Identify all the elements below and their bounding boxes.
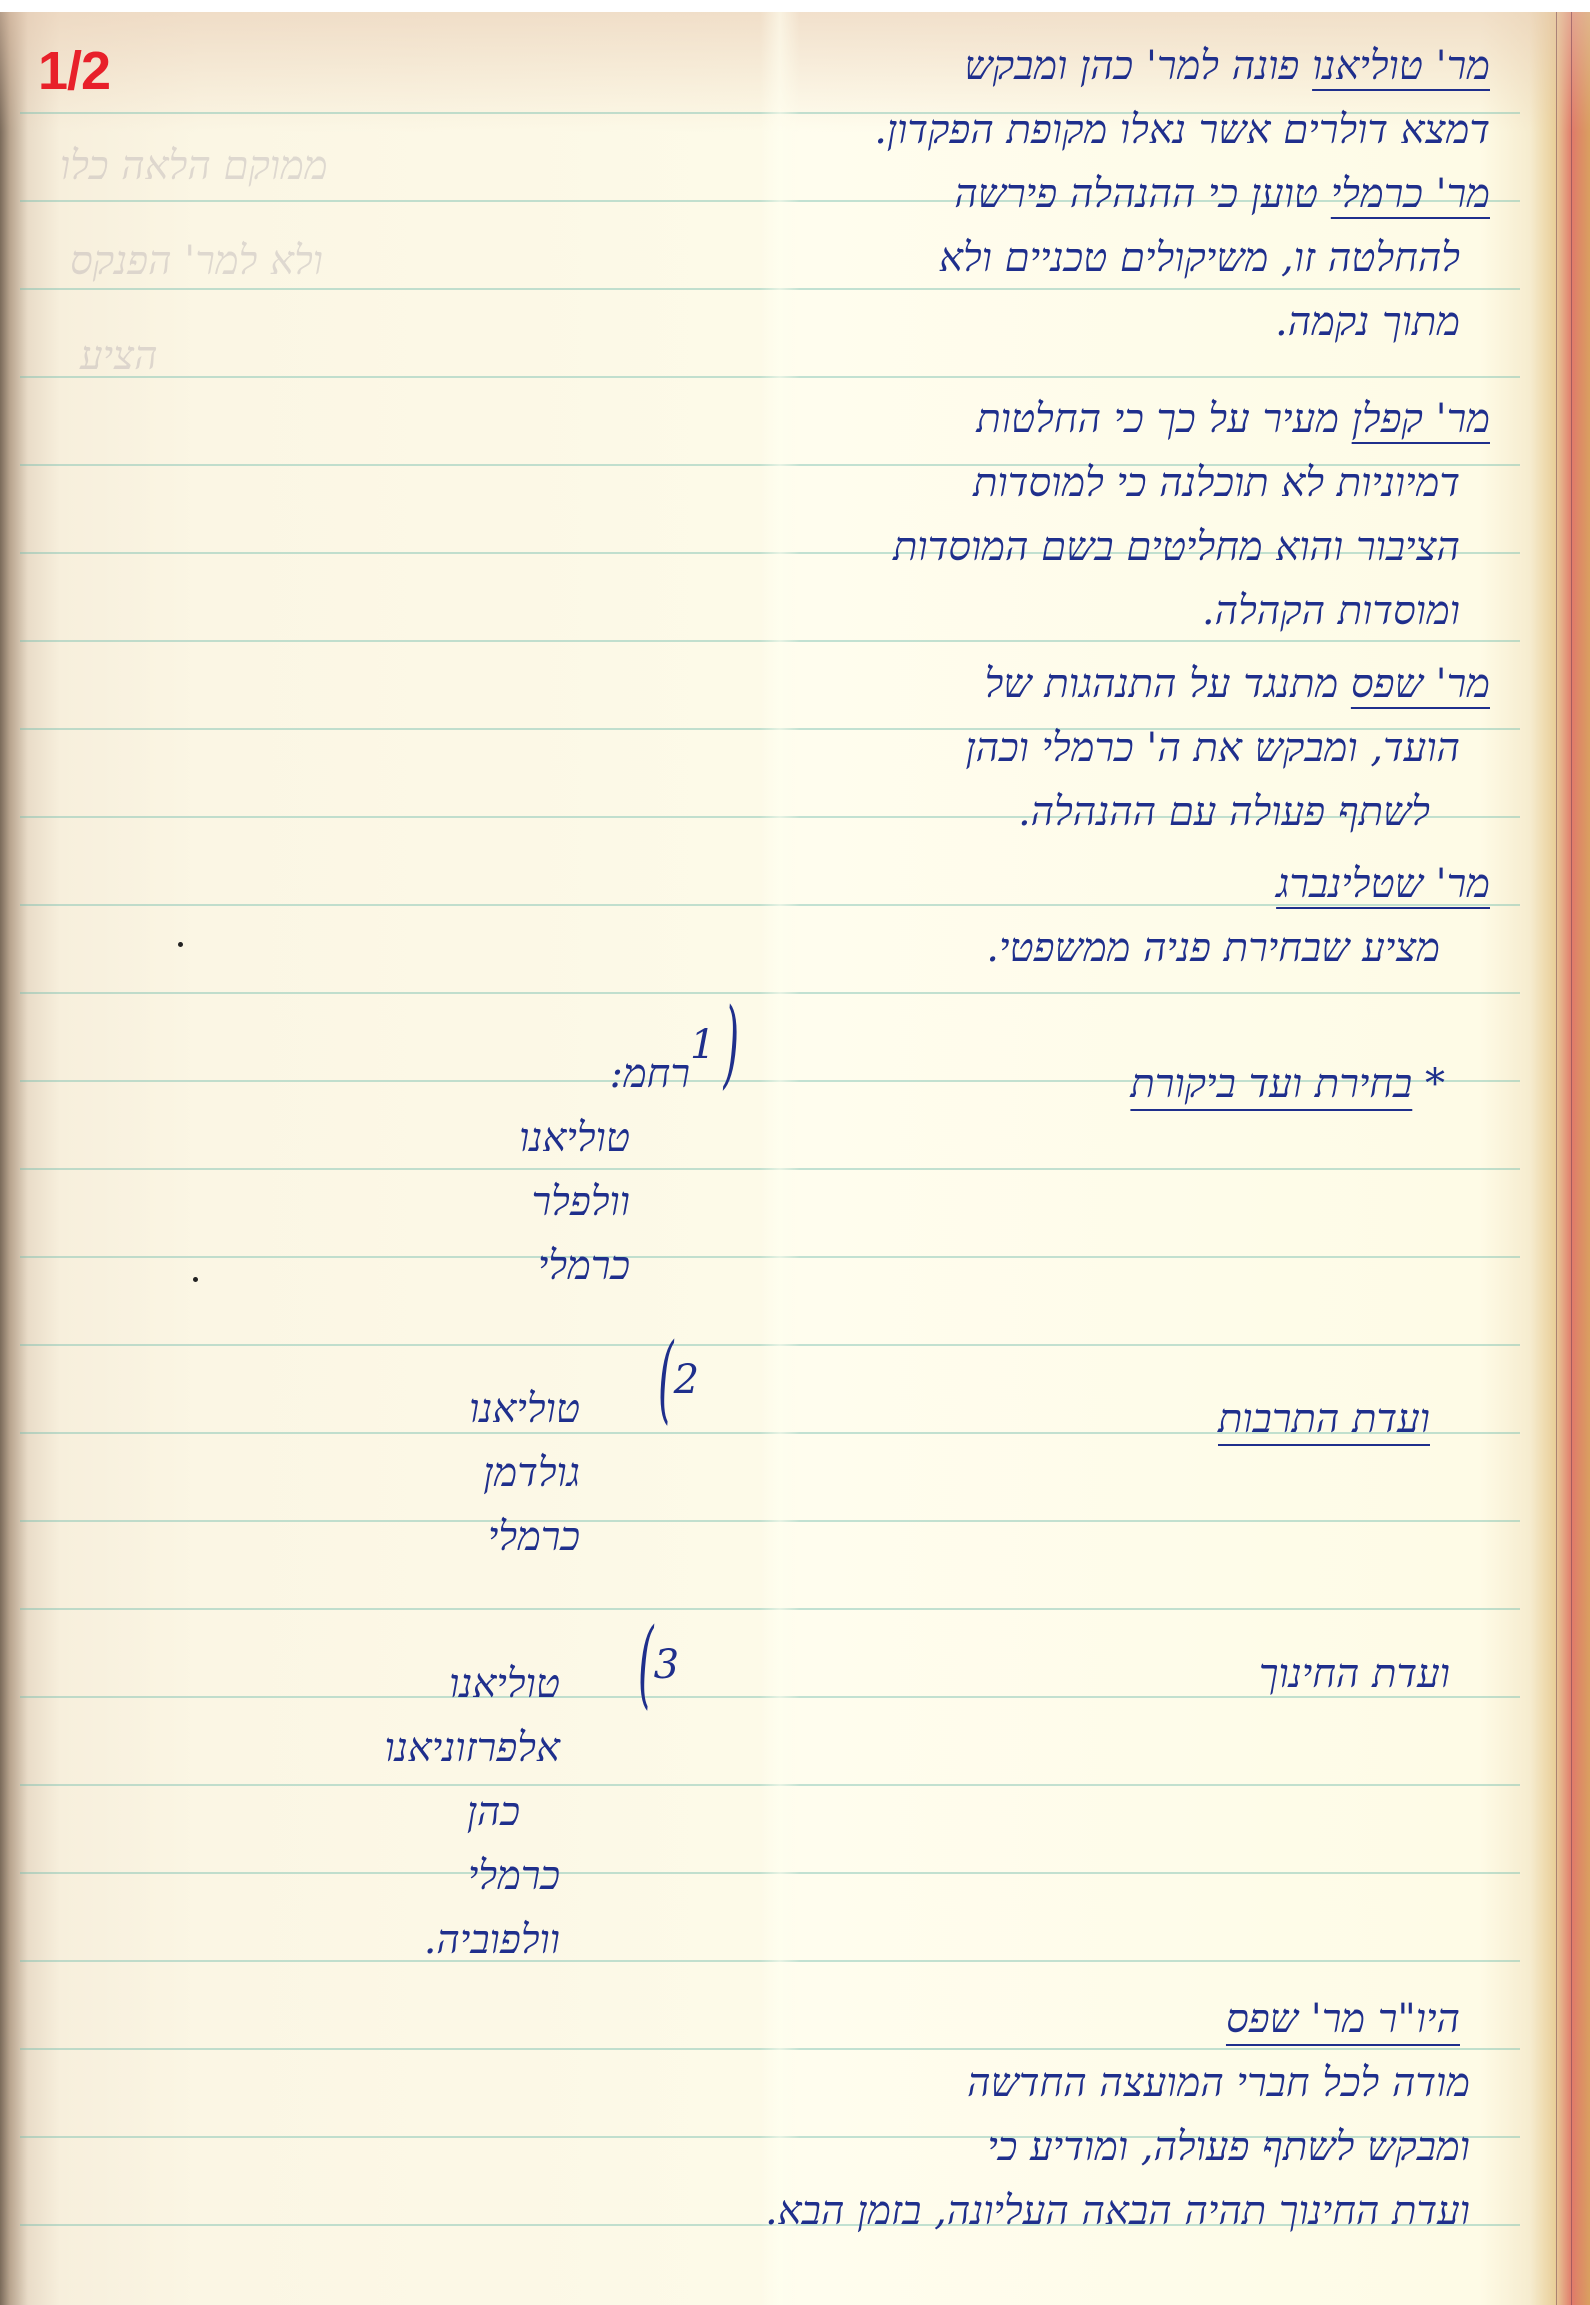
ink-speck [178, 942, 183, 947]
page-fold [760, 12, 800, 2305]
committee-label: רחמ: [519, 1042, 690, 1106]
notebook-page: 1/2 ממוקם הלאה כלו ולא למר' הפנקס הציע מ… [0, 12, 1590, 2305]
minutes-entry: מר' שטלינברג מציע שבחירת פניה ממשפטי. [986, 852, 1490, 980]
speaker-name: מר' שטלינברג [1276, 861, 1490, 907]
item-number: (2 [650, 1357, 699, 1403]
minutes-entry: מר' טוליאנו פונה למר' כהן ומבקש דמצא דול… [874, 34, 1490, 162]
member-name: גולדמן [469, 1441, 580, 1505]
speaker-name: היו"ר מר' שפס [1226, 1996, 1460, 2042]
closing-line: מודה לכל חברי המועצה החדשה [765, 2051, 1470, 2115]
minutes-line: דמצא דולרים אשר נאלו מקופת הפקדון. [874, 98, 1490, 162]
committee-list: טוליאנו אלפרזוניאנו כהן כרמלי וולפוביה. [385, 1652, 560, 1972]
minutes-entry: מר' קפלן מעיר על כך כי החלטות דמיוניות ל… [893, 387, 1490, 643]
member-name: טוליאנו [385, 1652, 560, 1716]
elections-title: בחירת ועד ביקורת [1130, 1061, 1412, 1107]
member-name: כרמלי [385, 1844, 560, 1908]
minutes-line: להחלטה זו, משיקולים טכניים ולא [939, 226, 1460, 290]
member-name: וולפלר [519, 1170, 630, 1234]
member-name: וולפוביה. [385, 1908, 560, 1972]
bleed-through-text: ולא למר' הפנקס [70, 237, 323, 284]
minutes-line: מציע שבחירת פניה ממשפטי. [986, 916, 1440, 980]
committee-list: רחמ: טוליאנו וולפלר כרמלי [519, 1042, 690, 1298]
item-number: (3 [630, 1642, 679, 1688]
member-name: טוליאנו [519, 1106, 630, 1170]
bullet-marker: * [1425, 1061, 1445, 1107]
bleed-through-text: ממוקם הלאה כלו [60, 142, 328, 189]
committee-title: ועדת התרבות [1218, 1387, 1430, 1451]
minutes-line: לשתף פעולה עם ההנהלה. [965, 780, 1430, 844]
member-name: טוליאנו [469, 1377, 580, 1441]
minutes-line: דמיוניות לא תוכלנה כי למוסדות [893, 451, 1460, 515]
minutes-line: הציבור והוא מחליטים בשם המוסדות [893, 515, 1460, 579]
committee-title: ועדת החינוך [1259, 1642, 1450, 1706]
ink-speck [193, 1277, 198, 1282]
minutes-line: מעיר על כך כי החלטות [976, 396, 1339, 442]
minutes-line: הועד, ומבקש את ה' כרמלי וכהן [965, 716, 1460, 780]
item-number: 1) [690, 1022, 739, 1068]
member-name: כרמלי [519, 1234, 630, 1298]
committee-list: טוליאנו גולדמן כרמלי [469, 1377, 580, 1569]
minutes-line: מתנגד על התנהגות של [985, 661, 1339, 707]
member-name: כהן [385, 1780, 520, 1844]
minutes-entry: מר' שפס מתנגד על התנהגות של הועד, ומבקש … [965, 652, 1490, 844]
minutes-entry: מר' כרמלי טוען כי ההנהלה פירשה להחלטה זו… [939, 162, 1490, 354]
member-name: אלפרזוניאנו [385, 1716, 560, 1780]
elections-heading: * בחירת ועד ביקורת [1130, 1052, 1445, 1116]
minutes-line: ומוסדות הקהלה. [893, 579, 1460, 643]
closing-line: ומבקש לשתף פעולה, ומודיע כי [765, 2115, 1470, 2179]
closing-line: ועדת החינוך תהיה הבאה העליונה, בזמן הבא. [765, 2179, 1470, 2243]
member-name: כרמלי [469, 1505, 580, 1569]
minutes-line: טוען כי ההנהלה פירשה [954, 171, 1318, 217]
bleed-through-text: הציע [80, 332, 158, 379]
minutes-line: פונה למר' כהן ומבקש [964, 43, 1299, 89]
speaker-name: מר' כרמלי [1331, 171, 1490, 217]
minutes-line: מתוך נקמה. [939, 290, 1460, 354]
speaker-name: מר' קפלן [1352, 396, 1490, 442]
page-edge [1556, 12, 1572, 2305]
speaker-name: מר' טוליאנו [1312, 43, 1490, 89]
closing-entry: היו"ר מר' שפס מודה לכל חברי המועצה החדשה… [765, 1987, 1460, 2243]
speaker-name: מר' שפס [1351, 661, 1490, 707]
page-number-marker: 1/2 [38, 40, 110, 102]
